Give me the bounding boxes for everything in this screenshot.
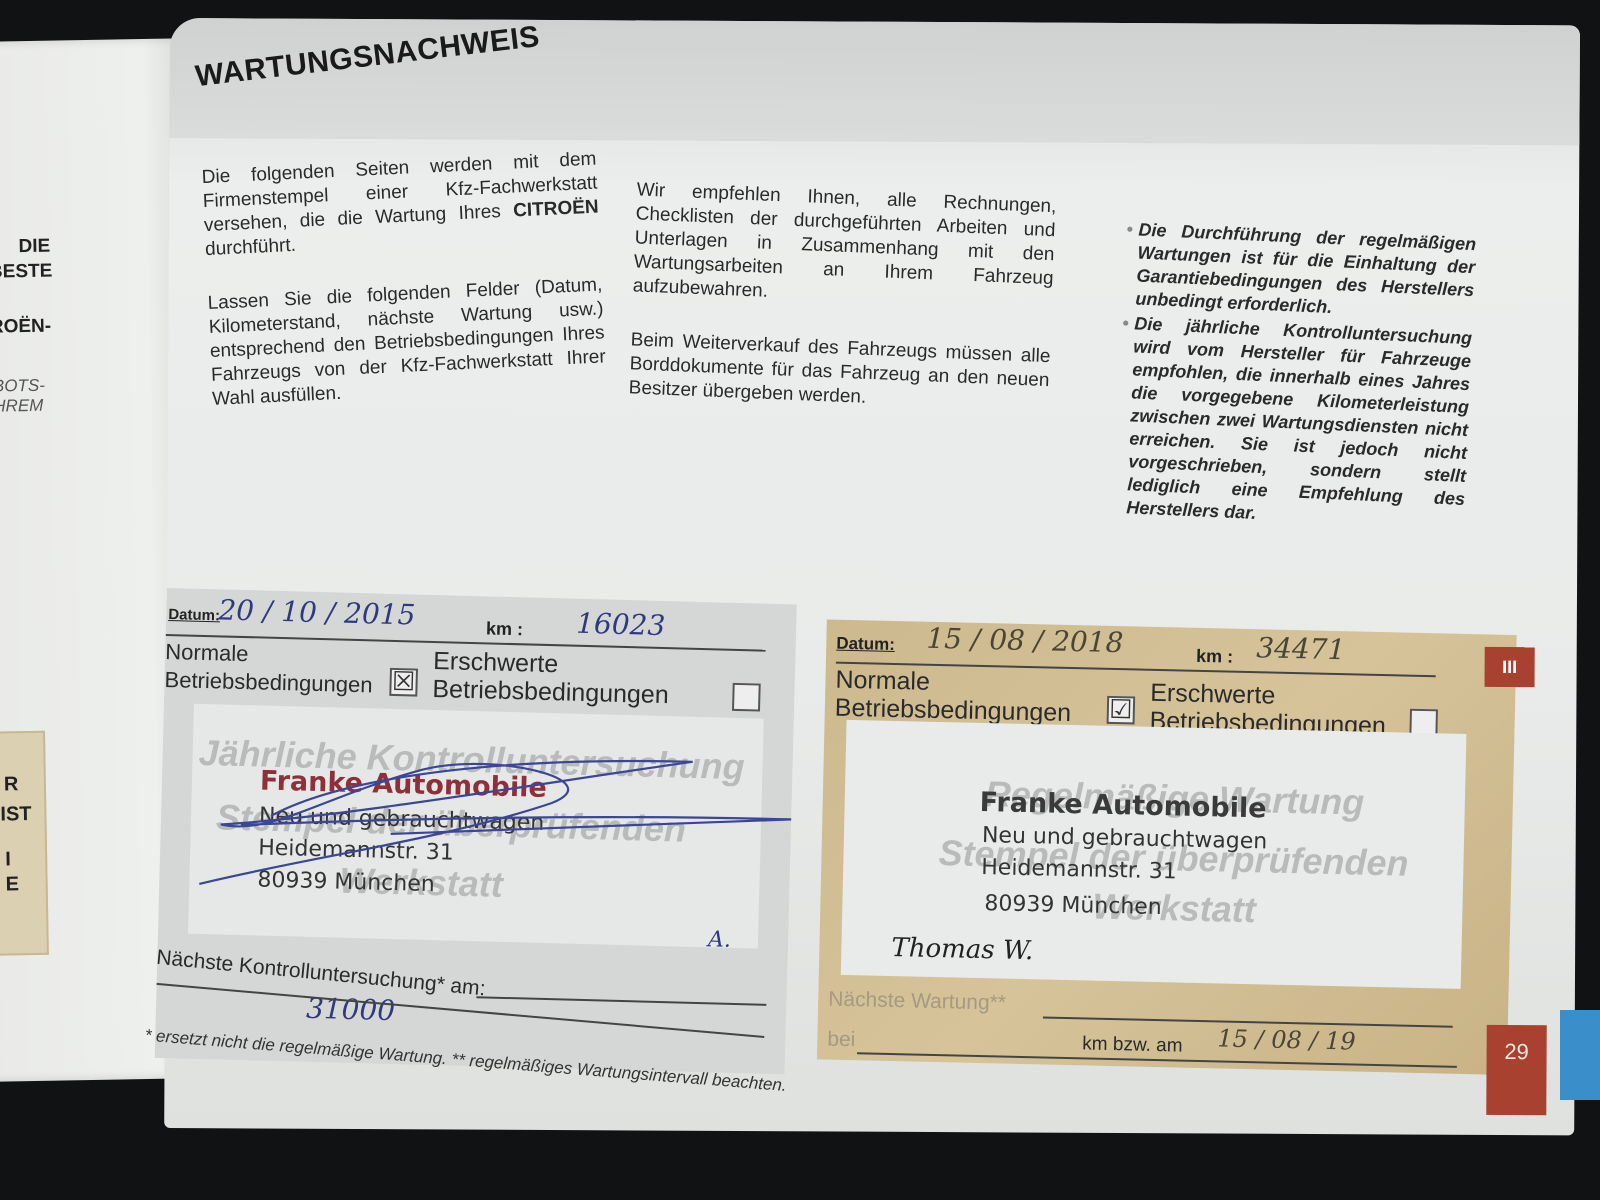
- next-service-date[interactable]: 15 / 08 / 19: [1217, 1024, 1356, 1055]
- intro-paragraph: Lassen Sie die folgenden Felder (Datum, …: [207, 273, 607, 411]
- page-number: 29: [1486, 1025, 1546, 1115]
- workshop-stamp-area: Jährliche Kontrolluntersuchung Stempel d…: [188, 704, 764, 949]
- normal-conditions-checkbox[interactable]: ☒: [389, 668, 418, 697]
- info-box-text: I: [5, 848, 11, 871]
- normal-conditions-label: Normale Betriebsbedingungen: [164, 638, 373, 699]
- hard-conditions-label: Erschwerte Betriebsbedingungen: [432, 647, 670, 709]
- next-inspection-rule: [476, 996, 766, 1005]
- label-line: Betriebsbedingungen: [164, 666, 373, 699]
- left-page-info-box: R IST I E: [0, 731, 49, 956]
- date-label: Datum:: [836, 634, 895, 655]
- annual-inspection-card: Datum: 20 / 10 / 2015 km : 16023 Normale…: [155, 588, 797, 1074]
- note-bullet: Die Durchführung der regelmäßigen Wartun…: [1123, 218, 1477, 325]
- km-value[interactable]: 34471: [1256, 631, 1346, 666]
- notes-column: Die Durchführung der regelmäßigen Wartun…: [1114, 218, 1477, 536]
- left-page-text: ROËN-: [0, 316, 51, 339]
- paragraph-text: Die folgenden Seiten werden mit dem Firm…: [201, 149, 598, 237]
- left-page-text: BESTE: [0, 261, 53, 284]
- stamp-line: Heidemannstr. 31: [981, 855, 1177, 884]
- left-page-text: DIE: [18, 236, 50, 259]
- regular-service-card: Datum: 15 / 08 / 2018 km : 34471 Normale…: [817, 619, 1517, 1075]
- inspector-initial: A.: [708, 927, 732, 953]
- intro-paragraph: Beim Weiterverkauf des Fahrzeugs müssen …: [628, 328, 1051, 417]
- workshop-signature: [188, 704, 794, 950]
- left-page-text: HREM: [0, 396, 44, 417]
- workshop-stamp-area: Regelmäßige Wartung Stempel der überprüf…: [841, 720, 1467, 989]
- chapter-tab[interactable]: III: [1485, 647, 1535, 687]
- intro-column-1: Die folgenden Seiten werden mit dem Firm…: [201, 148, 609, 442]
- service-record-page: WARTUNGSNACHWEIS Die folgenden Seiten we…: [164, 18, 1580, 1135]
- stamp-company-name: Franke Automobile: [979, 787, 1266, 824]
- date-label: Datum:: [168, 606, 220, 624]
- page-header-band: [169, 18, 1580, 145]
- hard-conditions-checkbox[interactable]: [732, 683, 761, 712]
- paragraph-text: durchführt.: [205, 235, 297, 260]
- info-box-text: E: [5, 873, 19, 896]
- next-service-label: Nächste Wartung**: [828, 988, 1006, 1016]
- bei-label: bei: [827, 1028, 856, 1053]
- intro-paragraph: Die folgenden Seiten werden mit dem Firm…: [201, 148, 600, 263]
- km-label: km :: [1196, 646, 1233, 668]
- intro-paragraph: Wir empfehlen Ihnen, alle Rechnungen, Ch…: [632, 178, 1056, 315]
- stamp-line: 80939 München: [984, 891, 1162, 920]
- brand-name: CITROËN: [513, 197, 599, 222]
- date-value[interactable]: 20 / 10 / 2015: [218, 593, 416, 631]
- normal-conditions-checkbox[interactable]: ☑: [1107, 696, 1136, 725]
- km-value[interactable]: 16023: [576, 607, 666, 642]
- mechanic-signature: Thomas W.: [891, 933, 1034, 966]
- note-bullet: Die jährliche Kontrolluntersuchung wird …: [1114, 312, 1473, 534]
- info-box-text: IST: [0, 803, 32, 827]
- footnote: * ersetzt nicht die regelmäßige Wartung.…: [144, 1026, 787, 1096]
- next-page-edge: [1560, 1010, 1600, 1100]
- left-page-text: BOTS-: [0, 376, 45, 397]
- intro-column-2: Wir empfehlen Ihnen, alle Rechnungen, Ch…: [627, 178, 1057, 447]
- km-label: km :: [486, 618, 524, 640]
- label-line: Betriebsbedingungen: [432, 675, 669, 709]
- info-box-text: R: [4, 773, 19, 796]
- normal-conditions-label: Normale Betriebsbedingungen: [835, 666, 1073, 727]
- km-or-date-label: km bzw. am: [1082, 1033, 1183, 1057]
- date-value[interactable]: 15 / 08 / 2018: [926, 622, 1124, 659]
